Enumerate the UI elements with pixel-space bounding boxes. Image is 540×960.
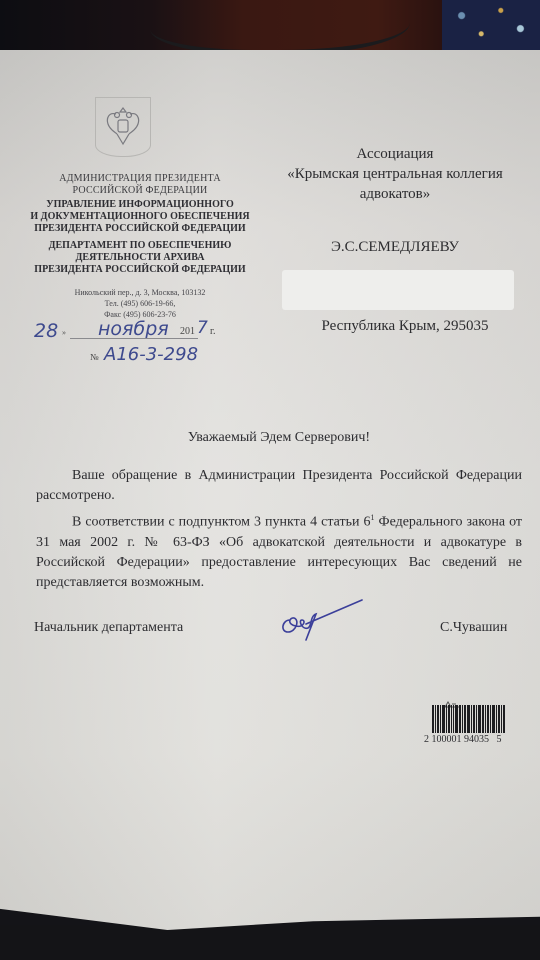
coat-of-arms-icon — [95, 97, 151, 157]
number-label: № — [90, 352, 99, 362]
recipient-org: Ассоциация «Крымская центральная коллеги… — [260, 144, 530, 204]
date-underline — [70, 338, 198, 339]
date-line: 28 » ноября 201 7 г. — [34, 320, 234, 342]
date-year-suffix: 7 — [197, 318, 208, 338]
recipient-org-line: Ассоциация — [260, 144, 530, 164]
department-line: ДЕЯТЕЛЬНОСТИ АРХИВА — [30, 252, 250, 264]
barcode-number: 2 100001 94035 5 — [424, 734, 524, 745]
department-line: ПРЕЗИДЕНТА РОССИЙСКОЙ ФЕДЕРАЦИИ — [30, 264, 250, 276]
date-suffix: г. — [210, 326, 215, 337]
signatory-name: С.Чувашин — [440, 620, 507, 636]
recipient-name: Э.С.СЕМЕДЛЯЕВУ — [260, 237, 530, 257]
recipient-org-line: адвокатов» — [260, 184, 530, 204]
address: Никольский пер., д. 3, Москва, 103132 — [30, 287, 250, 298]
recipient-org-line: «Крымская центральная коллегия — [260, 164, 530, 184]
department-name: ДЕПАРТАМЕНТ ПО ОБЕСПЕЧЕНИЮ ДЕЯТЕЛЬНОСТИ … — [30, 240, 250, 276]
background-bottom — [0, 925, 540, 960]
org-line: АДМИНИСТРАЦИЯ ПРЕЗИДЕНТА — [30, 173, 250, 185]
division-name: УПРАВЛЕНИЕ ИНФОРМАЦИОННОГО И ДОКУМЕНТАЦИ… — [30, 199, 250, 235]
date-year-prefix: 201 — [180, 326, 195, 337]
division-line: И ДОКУМЕНТАЦИОННОГО ОБЕСПЕЧЕНИЯ — [30, 211, 250, 223]
division-line: УПРАВЛЕНИЕ ИНФОРМАЦИОННОГО — [30, 199, 250, 211]
paragraph-2-start: В соответствии с подпунктом 3 пункта 4 с… — [72, 515, 371, 530]
barcode-mark-icon — [440, 695, 462, 703]
signatory-title: Начальник департамента — [34, 620, 183, 636]
date-quote: » — [62, 328, 66, 337]
paragraph-1: Ваше обращение в Администрации Президент… — [36, 466, 522, 506]
recipient-region: Республика Крым, 295035 — [285, 316, 525, 336]
date-day: 28 — [34, 320, 58, 342]
reference-number: № А16-3-298 — [90, 344, 230, 368]
salutation: Уважаемый Эдем Серверович! — [36, 428, 522, 448]
org-name: АДМИНИСТРАЦИЯ ПРЕЗИДЕНТА РОССИЙСКОЙ ФЕДЕ… — [30, 173, 250, 197]
date-month: ноября — [98, 318, 169, 340]
barcode — [432, 705, 514, 733]
phone: Тел. (495) 606-19-66, — [30, 298, 250, 309]
redacted-address — [282, 270, 514, 310]
number-value: А16-3-298 — [104, 344, 198, 365]
background-fabric — [442, 0, 540, 55]
paragraph-2: В соответствии с подпунктом 3 пункта 4 с… — [36, 508, 522, 593]
signature-icon — [276, 598, 366, 649]
division-line: ПРЕЗИДЕНТА РОССИЙСКОЙ ФЕДЕРАЦИИ — [30, 223, 250, 235]
contact-block: Никольский пер., д. 3, Москва, 103132 Те… — [30, 287, 250, 320]
org-line: РОССИЙСКОЙ ФЕДЕРАЦИИ — [30, 185, 250, 197]
department-line: ДЕПАРТАМЕНТ ПО ОБЕСПЕЧЕНИЮ — [30, 240, 250, 252]
